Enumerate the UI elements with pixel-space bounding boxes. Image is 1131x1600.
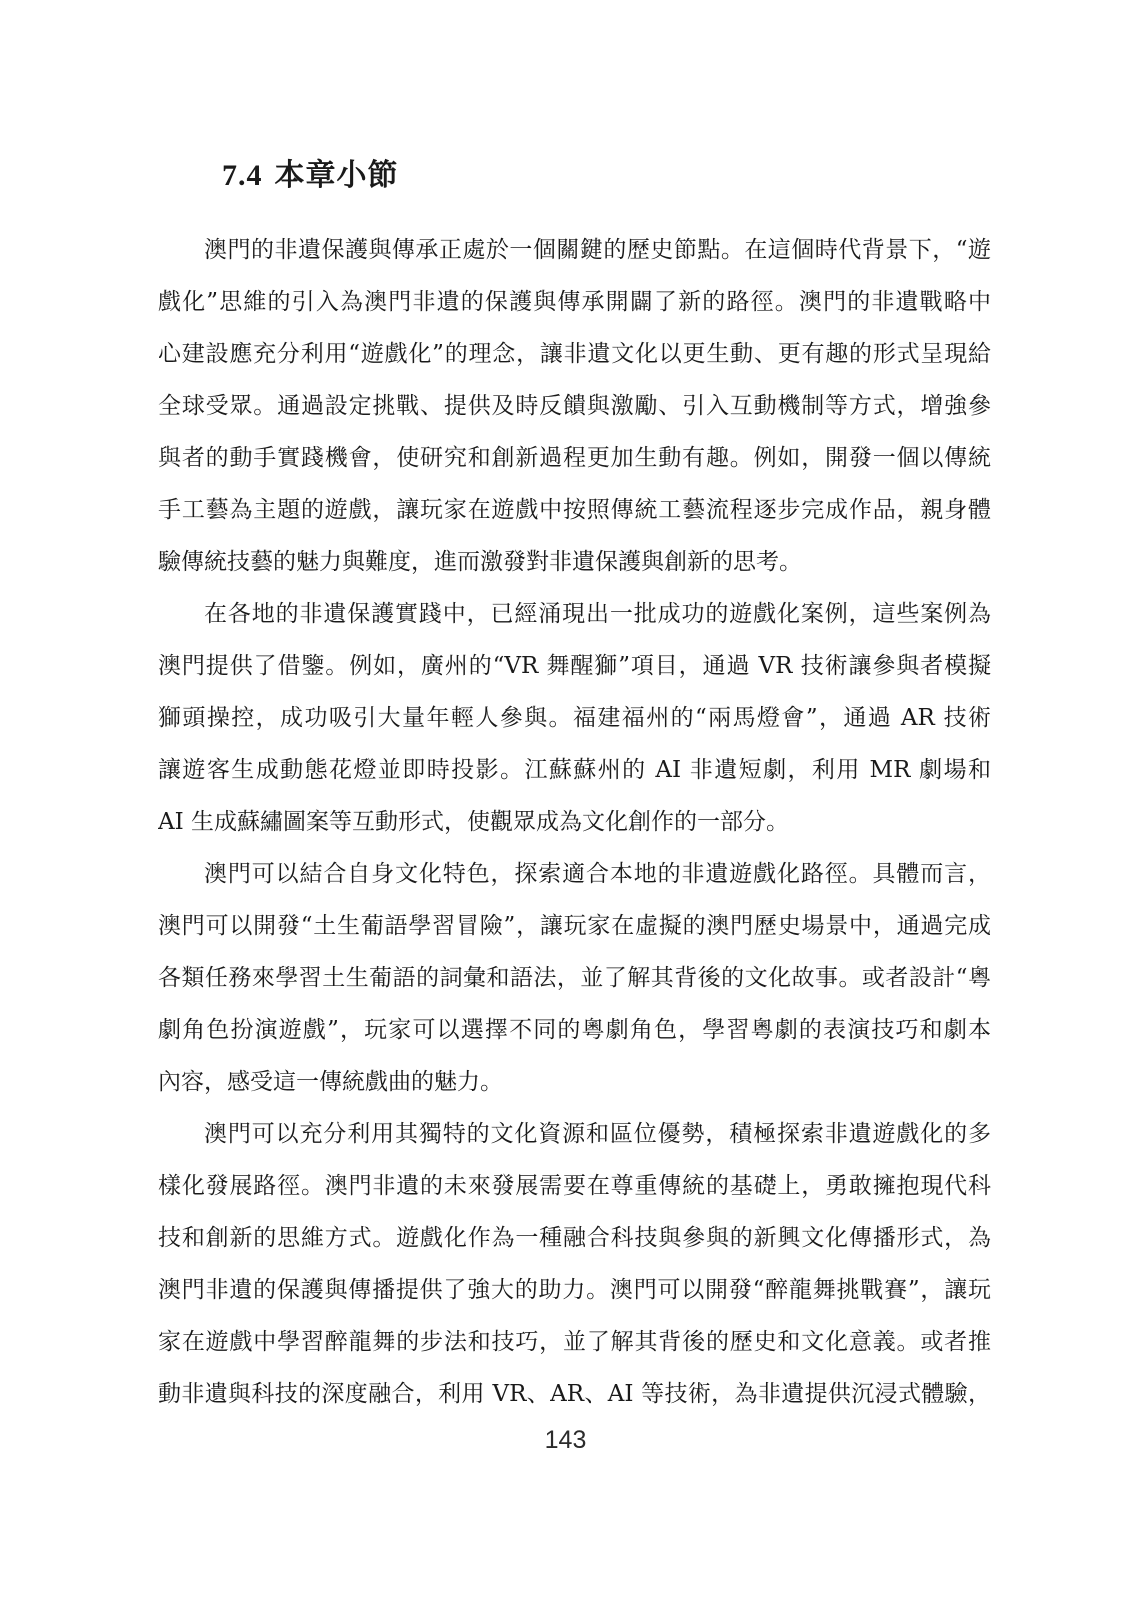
text-line: 與者的動手實踐機會，使研究和創新過程更加生動有趣。例如，開發一個以傳統 — [158, 432, 991, 484]
text-line: 劇角色扮演遊戲”，玩家可以選擇不同的粵劇角色，學習粵劇的表演技巧和劇本 — [158, 1004, 991, 1056]
text-line: 澳門可以結合自身文化特色，探索適合本地的非遺遊戲化路徑。具體而言， — [158, 848, 991, 900]
text-line: 動非遺與科技的深度融合，利用 VR、AR、AI 等技術，為非遺提供沉浸式體驗， — [158, 1368, 991, 1420]
paragraph: 澳門的非遺保護與傳承正處於一個關鍵的歷史節點。在這個時代背景下，“遊戲化”思維的… — [158, 224, 991, 588]
text-line: 澳門的非遺保護與傳承正處於一個關鍵的歷史節點。在這個時代背景下，“遊 — [158, 224, 991, 276]
text-line: 各類任務來學習土生葡語的詞彙和語法，並了解其背後的文化故事。或者設計“粵 — [158, 952, 991, 1004]
paragraph: 在各地的非遺保護實踐中，已經涌現出一批成功的遊戲化案例，這些案例為澳門提供了借鑒… — [158, 588, 991, 848]
section-title: 本章小節 — [275, 158, 399, 193]
text-line: 內容，感受這一傳統戲曲的魅力。 — [158, 1056, 991, 1108]
text-line: AI 生成蘇繡圖案等互動形式，使觀眾成為文化創作的一部分。 — [158, 796, 991, 848]
text-line: 家在遊戲中學習醉龍舞的步法和技巧，並了解其背後的歷史和文化意義。或者推 — [158, 1316, 991, 1368]
text-line: 全球受眾。通過設定挑戰、提供及時反饋與激勵、引入互動機制等方式，增強參 — [158, 380, 991, 432]
document-body: 澳門的非遺保護與傳承正處於一個關鍵的歷史節點。在這個時代背景下，“遊戲化”思維的… — [158, 224, 991, 1420]
document-page: 7.4本章小節 澳門的非遺保護與傳承正處於一個關鍵的歷史節點。在這個時代背景下，… — [0, 0, 1131, 1600]
section-heading: 7.4本章小節 — [222, 150, 399, 194]
text-line: 驗傳統技藝的魅力與難度，進而激發對非遺保護與創新的思考。 — [158, 536, 991, 588]
text-line: 澳門提供了借鑒。例如，廣州的“VR 舞醒獅”項目，通過 VR 技術讓參與者模擬 — [158, 640, 991, 692]
text-line: 澳門可以充分利用其獨特的文化資源和區位優勢，積極探索非遺遊戲化的多 — [158, 1108, 991, 1160]
text-line: 戲化”思維的引入為澳門非遺的保護與傳承開闢了新的路徑。澳門的非遺戰略中 — [158, 276, 991, 328]
text-line: 澳門非遺的保護與傳播提供了強大的助力。澳門可以開發“醉龍舞挑戰賽”，讓玩 — [158, 1264, 991, 1316]
text-line: 技和創新的思維方式。遊戲化作為一種融合科技與參與的新興文化傳播形式，為 — [158, 1212, 991, 1264]
text-line: 樣化發展路徑。澳門非遺的未來發展需要在尊重傳統的基礎上，勇敢擁抱現代科 — [158, 1160, 991, 1212]
section-number: 7.4 — [222, 159, 263, 192]
text-line: 心建設應充分利用“遊戲化”的理念，讓非遺文化以更生動、更有趣的形式呈現給 — [158, 328, 991, 380]
text-line: 讓遊客生成動態花燈並即時投影。江蘇蘇州的 AI 非遺短劇，利用 MR 劇場和 — [158, 744, 991, 796]
paragraph: 澳門可以結合自身文化特色，探索適合本地的非遺遊戲化路徑。具體而言，澳門可以開發“… — [158, 848, 991, 1108]
text-line: 澳門可以開發“土生葡語學習冒險”，讓玩家在虛擬的澳門歷史場景中，通過完成 — [158, 900, 991, 952]
paragraph: 澳門可以充分利用其獨特的文化資源和區位優勢，積極探索非遺遊戲化的多樣化發展路徑。… — [158, 1108, 991, 1420]
text-line: 獅頭操控，成功吸引大量年輕人參與。福建福州的“兩馬燈會”，通過 AR 技術 — [158, 692, 991, 744]
page-number: 143 — [0, 1426, 1131, 1455]
text-line: 在各地的非遺保護實踐中，已經涌現出一批成功的遊戲化案例，這些案例為 — [158, 588, 991, 640]
text-line: 手工藝為主題的遊戲，讓玩家在遊戲中按照傳統工藝流程逐步完成作品，親身體 — [158, 484, 991, 536]
